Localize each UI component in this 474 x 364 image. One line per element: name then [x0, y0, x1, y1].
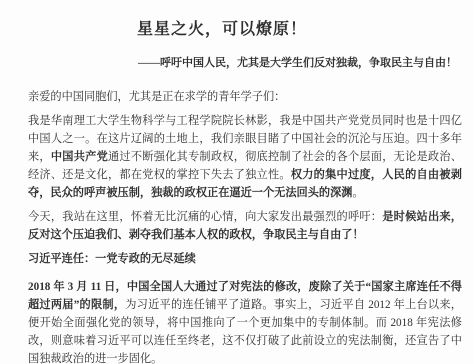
body-text: 今天，我站在这里，怀着无比沉痛的心情，向大家发出最强烈的呼吁： [28, 211, 382, 223]
body-text: 。 [352, 187, 363, 199]
page-subtitle: ——呼吁中国人民，尤其是大学生们反对独裁，争取民主与自由！ [28, 56, 457, 70]
page-title: 星星之火，可以燎原！ [28, 20, 416, 40]
document-page: 星星之火，可以燎原！ ——呼吁中国人民，尤其是大学生们反对独裁，争取民主与自由！… [0, 0, 474, 364]
paragraph: 我是华南理工大学生物科学与工程学院院长林影，我是中国共产党党员同时也是十四亿中国… [28, 112, 462, 202]
paragraph: 2018 年 3 月 11 日，中国全国人大通过了对宪法的修改，废除了关于“国家… [28, 278, 462, 364]
document-body: 我是华南理工大学生物科学与工程学院院长林影，我是中国共产党党员同时也是十四亿中国… [28, 112, 462, 364]
salutation-line: 亲爱的中国同胞们，尤其是正在求学的青年学子们： [28, 88, 462, 106]
emphasis-text: 习近平连任：一党专政的无尽延续 [28, 253, 196, 265]
paragraph: 今天，我站在这里，怀着无比沉痛的心情，向大家发出最强烈的呼吁：是时候站出来，反对… [28, 208, 462, 244]
section-heading: 习近平连任：一党专政的无尽延续 [28, 250, 462, 268]
emphasis-text: 中国共产党 [51, 151, 108, 163]
